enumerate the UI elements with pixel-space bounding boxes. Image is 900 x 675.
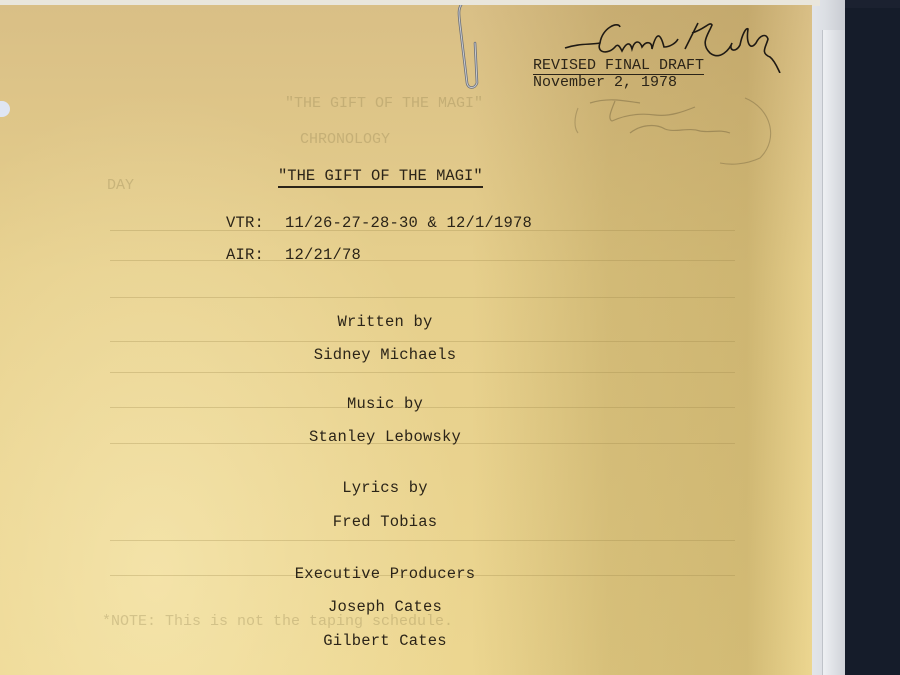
draft-info: REVISED FINAL DRAFT November 2, 1978	[533, 57, 704, 91]
credit-name-producer-2: Gilbert Cates	[0, 632, 770, 650]
paperclip-icon	[455, 5, 490, 95]
vtr-label: VTR:	[226, 214, 264, 232]
air-value: 12/21/78	[285, 246, 361, 264]
draft-date: November 2, 1978	[533, 74, 704, 91]
credit-role-written: Written by	[0, 313, 770, 331]
pencil-note	[570, 93, 790, 173]
binder-cover	[838, 8, 900, 675]
air-label: AIR:	[226, 246, 264, 264]
bleed-subheading: CHRONOLOGY	[300, 131, 390, 148]
script-title: "THE GIFT OF THE MAGI"	[278, 167, 483, 185]
credit-name-producer-1: Joseph Cates	[0, 598, 770, 616]
credit-role-music: Music by	[0, 395, 770, 413]
credit-role-executive-producers: Executive Producers	[0, 565, 770, 583]
script-cover-page: "THE GIFT OF THE MAGI" CHRONOLOGY DAY *N…	[0, 5, 812, 675]
vtr-value: 11/26-27-28-30 & 12/1/1978	[285, 214, 532, 232]
underlying-pages-edge-2	[822, 30, 845, 675]
bleed-day-column: DAY	[107, 177, 134, 194]
credit-role-lyrics: Lyrics by	[0, 479, 770, 497]
credit-name-lyricist: Fred Tobias	[0, 513, 770, 531]
bleed-heading: "THE GIFT OF THE MAGI"	[285, 95, 483, 112]
credit-name-composer: Stanley Lebowsky	[0, 428, 770, 446]
draft-status: REVISED FINAL DRAFT	[533, 57, 704, 75]
credit-name-writer: Sidney Michaels	[0, 346, 770, 364]
